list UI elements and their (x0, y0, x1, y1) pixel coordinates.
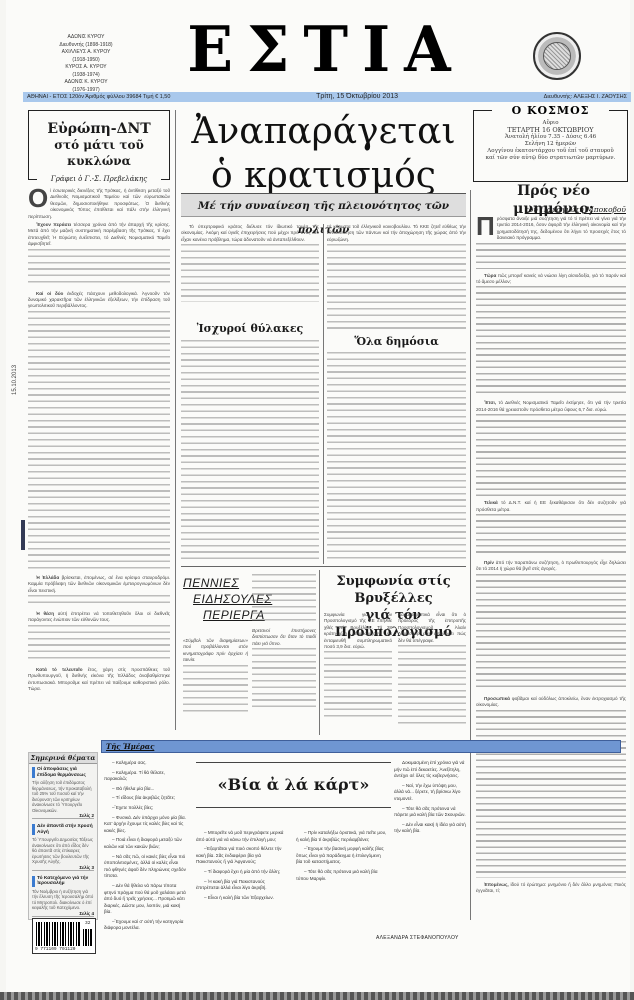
para-text: τό Διεθνές Νομισματικό Ταμεῖο ἐκτίμησε, … (476, 400, 626, 411)
founder-name: ΑΔΩΝΙΣ ΚΥΡΟΥ (46, 34, 126, 42)
founder-years: Διευθυντής (1898-1918) (46, 42, 126, 50)
dialogue-line: – Τί εἴδους βία ἀκριβῶς ζητᾶτε; (104, 795, 186, 802)
saint-day: Λογγίνου ἑκατοντάρχου τοῦ ἐπί τοῦ σταυρο… (474, 148, 627, 155)
intro-text: ἱ ἐσωτερικές διενέξεις τῆς Τρόϊκας, ἡ ἀν… (28, 188, 170, 219)
founders-list: ΑΔΩΝΙΣ ΚΥΡΟΥ Διευθυντής (1898-1918) ΑΧΙΛ… (46, 34, 126, 94)
para-lead: Ἡ Ἑλλάδα (36, 575, 59, 580)
lead-col1-body (181, 340, 319, 562)
left-article-title-2: στό μάτι τοῦ κυκλώνα (29, 137, 169, 169)
dialogue-line: – Ἡ κακή βία γιά Πακιστανούς ἐπιτρέπεται… (196, 879, 288, 892)
dateline-bar: ΑΘΗΝΑΙ - ΕΤΟΣ 120όν Άριθμός φύλλου 39684… (23, 92, 631, 102)
para-text: τό Δ.Ν.Τ. καί ἡ ΕΕ ξεκαθάρισαν ὅτι δέν σ… (476, 500, 626, 511)
lead-headline-line1: Ἀναπαράγεται (181, 110, 466, 154)
left-article-body: Ἔχουν περάσει τέσσερα χρόνια ἀπό τήν ἀπα… (28, 222, 170, 693)
topic-body: Τό Ὑπουργεῖο Δημοσίας Τάξεως ἀνακοίνωσε … (32, 837, 94, 865)
issue-date: Τρίτη, 15 Όκτωβρίου 2013 (316, 92, 398, 102)
dialogue-line: – Πρίν καταλήξω ὁριστικά, γιά πεῖτε μου,… (296, 830, 388, 843)
curious-word: ΕΙΔΗΣΟΥΛΕΣ (193, 591, 248, 607)
topic-title: Τό Κατεχόμενο γιά τήν Ἰερουσαλήμ (32, 876, 94, 887)
dialogue-line: –Ἔχετε πολλές βίες; (104, 805, 186, 812)
lead-col2-body (327, 352, 466, 562)
today-dialogue-col4: Δοκιμασμένη ἐπί χρόνια γιά νά μήν πῶ ἐπί… (394, 760, 466, 838)
dialogue-line: –Ἔχουμε καί σ’ αὐτή τήν κατηγορία διάφορ… (104, 919, 186, 932)
para-text: πῶς μπορεῖ κανείς νά νιώσει λίγη αἰσιοδο… (476, 273, 626, 284)
today-headline: «Βία ἀ λά κάρτ» (196, 762, 391, 808)
dialogue-line: – Θά ἤθελα μία βία... (104, 786, 186, 793)
dialogue-line: –Ἔχουμε τήν βασική μορφή καλῆς βίας ὅπως… (296, 846, 388, 866)
section-divider (181, 566, 466, 567)
left-article-title-1: Εὐρώπη-ΔΝΤ (29, 121, 169, 137)
para-lead: Τώρα (484, 273, 496, 278)
brussels-col2-text: Χαρακτηριστικά εἶναι ὅτι ὁ πρόεδρος τῆς … (398, 612, 466, 644)
brussels-title-1: Συμφωνία στίς Βρυξέλλες (321, 573, 466, 607)
today-author: ΑΛΕΞΑΝΔΡΑ ΣΤΕΦΑΝΟΠΟΥΛΟΥ (376, 935, 459, 941)
intro-text: ρόσφατα ἄνοιξε μιά συζήτηση γιά τό τί πρ… (497, 216, 626, 240)
dialogue-line: – Νά σᾶς πῶ, οἱ κακές βίες εἶναι πιό ὑπο… (104, 854, 186, 880)
world-info-box: Ο ΚΟΣΜΟΣ Αὔριο ΤΕΤΑΡΤΗ 16 ΟΚΤΩΒΡΙΟΥ Ἀνατ… (473, 110, 628, 182)
topic-title: Δέν ἀπαντᾶ στήν Χρυσή Αὐγή (32, 824, 94, 835)
vertical-date: 15.10.2013 (12, 365, 18, 395)
newspaper-page: ΑΔΩΝΙΣ ΚΥΡΟΥ Διευθυντής (1898-1918) ΑΧΙΛ… (6, 0, 630, 992)
topic-page: Σελίς 3 (32, 865, 94, 871)
column-divider (319, 570, 320, 735)
para-lead: Τελικά (484, 500, 498, 505)
lead-headline: Ἀναπαράγεται ὁ κρατισμός (181, 110, 466, 198)
right-article-byline: τοῦ Παναγιώτη Μποκοβοῦ (476, 205, 626, 214)
topic-item[interactable]: Δέν ἀπαντᾶ στήν Χρυσή Αὐγή Τό Ὑπουργεῖο … (29, 821, 97, 873)
dialogue-line: – Δέν εἶναι κακή ἡ ἰδέα γιά αὐτή τήν καλ… (394, 822, 466, 835)
barcode-number: 9 771109 701120 (35, 947, 76, 952)
dialogue-line: Δοκιμασμένη ἐπί χρόνια γιά νά μήν πῶ ἐπί… (394, 760, 466, 780)
left-article-byline: Γράφει ὁ Γ.-Σ. Πρεβελάκης (37, 175, 161, 184)
dialogue-line: – Εἶναι ἡ καλή βία τῶν Ἐξαρχείων. (196, 895, 288, 902)
para-lead: Ἔχουν περάσει (36, 222, 71, 227)
column-divider (323, 224, 324, 564)
topic-body: Τήν αὔξηση τοῦ ἐπιδόματος θερμάνσεως, τή… (32, 780, 94, 813)
dialogue-line: –Ἐξαρτᾶται γιά ποιό σκοπό θέλετε τήν κακ… (196, 846, 288, 866)
topic-page: Σελίς 4 (32, 911, 94, 917)
topic-item[interactable]: Τό Κατεχόμενο γιά τήν Ἰερουσαλήμ Τόν Νοέ… (29, 873, 97, 919)
page-edge (0, 992, 634, 1000)
barcode: 9 771109 701120 32 (32, 918, 96, 954)
lead-col2-intro: τά κόμματα τοῦ ἑλληνικοῦ κοινοβουλίου. Τ… (327, 224, 466, 243)
curious-item-text: «Σύμβολ τῶν διαφημίσεων» πού προβάλλοντα… (183, 638, 248, 664)
registration-mark (21, 520, 25, 550)
dialogue-line: – Καλημέρα σας. (104, 760, 186, 767)
dialogue-line: – Τότε θά σᾶς πρότεινα μιά καλή βία τύπο… (296, 869, 388, 882)
left-article-intro: Ο ἱ ἐσωτερικές διενέξεις τῆς Τρόϊκας, ἡ … (28, 188, 170, 220)
para-lead: Ἡ θέση (36, 611, 54, 616)
tomorrow-date: ΤΕΤΑΡΤΗ 16 ΟΚΤΩΒΡΙΟΥ (474, 127, 627, 134)
newspaper-logo: ΕΣΤΙΑ (166, 19, 486, 82)
barcode-issue: 32 (85, 921, 90, 926)
brussels-col2: Χαρακτηριστικά εἶναι ὅτι ὁ πρόεδρος τῆς … (398, 612, 466, 725)
dropcap: Ο (28, 188, 48, 208)
today-dialogue-col2: – Μπορεῖτε νά μοῦ περιγράψετε μερικά ἀπό… (196, 830, 288, 904)
para-lead: Προσωπικά (484, 696, 510, 701)
today-topics-box: Σημερινά θέματα Οἱ ἀποφάσεις γιά ἐπίδομα… (28, 752, 98, 920)
dialogue-line: – Ποιά εἶναι ἡ διαφορά μεταξύ τῶν καλῶν … (104, 837, 186, 850)
section-title-all-public: Ὅλα δημόσια (327, 335, 466, 348)
dropcap: Π (476, 216, 495, 236)
para-lead: Πρίν (484, 560, 494, 565)
world-box-title: Ο ΚΟΣΜΟΣ (492, 104, 609, 117)
dialogue-line: – Δέν θά ἤθελα νά πάρω τίποτα φτηνό πράγ… (104, 883, 186, 916)
topic-body: Τόν Νοέμβριο ἡ συζήτηση γιά τήν ἔλευση τ… (32, 889, 94, 911)
para-lead: Ἐπομένως, (484, 882, 509, 887)
founder-name: ΑΧΙΛΛΕΥΣ Α. ΚΥΡΟΥ (46, 49, 126, 57)
para-lead: Ἔτσι, (484, 400, 496, 405)
founder-years: (1938-1974) (46, 72, 126, 80)
today-section-bar: Τῆς Ἡμέρας (101, 740, 621, 753)
lead-headline-line2: ὁ κρατισμός (181, 154, 466, 198)
today-section-label: Τῆς Ἡμέρας (106, 741, 154, 753)
brussels-col1-text: Συμφωνία γιά τόν Προϋπολογισμό τῆς ΕΕ ἐπ… (324, 612, 392, 650)
founder-years: (1918-1950) (46, 57, 126, 65)
curious-word: ΠΕΝΝΙΕΣ (183, 575, 248, 591)
para-text: ἀπό τήν παραπάνω συζήτηση, ὁ πρωθυπουργό… (476, 560, 626, 571)
founder-name: ΑΔΩΝΙΣ Κ. ΚΥΡΟΥ (46, 79, 126, 87)
dialogue-line: – Τί διαφορά ἔχει ἡ μία ἀπό τήν ἄλλη; (196, 869, 288, 876)
brussels-col1: Συμφωνία γιά τόν Προϋπολογισμό τῆς ΕΕ ἐπ… (324, 612, 392, 717)
issue-info: ΑΘΗΝΑΙ - ΕΤΟΣ 120όν Άριθμός φύλλου 39684… (27, 92, 170, 102)
para-lead: Καί οἱ δύο (36, 291, 63, 296)
right-article-body: Π ρόσφατα ἄνοιξε μιά συζήτηση γιά τό τί … (476, 216, 626, 895)
curious-item-1: «Σύμβολ τῶν διαφημίσεων» πού προβάλλοντα… (183, 638, 248, 715)
curious-item-text: Βρετανοί ἐπιστήμονες διαπίστωσαν ὅτι ὅτα… (252, 628, 316, 647)
lead-subheadline: Μέ τήν συναίνεση τῆς πλειονότητος τῶν πο… (181, 193, 466, 217)
lead-col1: Τό ὑπερτροφικό κράτος διέλυσε τόν ἰδιωτι… (181, 224, 319, 302)
today-dialogue-col3: – Πρίν καταλήξω ὁριστικά, γιά πεῖτε μου,… (296, 830, 388, 885)
column-divider (175, 110, 176, 730)
left-article-title-box: Εὐρώπη-ΔΝΤ στό μάτι τοῦ κυκλώνα Γράφει ὁ… (28, 110, 170, 180)
today-topics-header: Σημερινά θέματα (29, 753, 97, 764)
saint-day: καί τῶν σύν αὐτῷ δύο στρατιωτῶν μαρτύρων… (474, 155, 627, 162)
seal-emblem-icon (533, 32, 581, 80)
topic-page: Σελίς 2 (32, 813, 94, 819)
dialogue-line: – Καλημέρα. Τί θά θέλατε, παρακαλῶ; (104, 770, 186, 783)
lead-col2: τά κόμματα τοῦ ἑλληνικοῦ κοινοβουλίου. Τ… (327, 224, 466, 332)
topic-title: Οἱ ἀποφάσεις γιά ἐπίδομα θερμάνσεως (32, 767, 94, 778)
sun-times: Ἀνατολή ἡλίου 7.35 - Δύσις 6.46 (474, 134, 627, 141)
curious-item-2: Βρετανοί ἐπιστήμονες διαπίστωσαν ὅτι ὅτα… (252, 574, 316, 708)
dialogue-line: – Μπορεῖτε νά μοῦ περιγράψετε μερικά ἀπό… (196, 830, 288, 843)
dialogue-line: – Φυσικά. Δέν ὑπάρχει μόνο μία βία. Κατ’… (104, 815, 186, 835)
moon-phase: Σελήνη 12 ἡμερῶν (474, 141, 627, 148)
editor-credit: Διευθυντής: ΑΛΕΞΗΣ Ι. ΖΑΟΥΣΗΣ (544, 92, 627, 102)
dialogue-line: – Τότε θά σᾶς πρότεινα νά πάρετε μιά καλ… (394, 806, 466, 819)
section-title-fortresses: Ἰσχυροί θύλακες (181, 322, 319, 335)
dialogue-line: – Ναί, τήν ἔχω ὑπόψη μου, ἀλλά νά... ξέρ… (394, 783, 466, 803)
curious-word: ΠΕΡΙΕΡΓΑ (203, 607, 248, 623)
today-dialogue-col1: – Καλημέρα σας. – Καλημέρα. Τί θά θέλατε… (104, 760, 186, 935)
column-divider (470, 190, 471, 920)
topic-item[interactable]: Οἱ ἀποφάσεις γιά ἐπίδομα θερμάνσεως Τήν … (29, 764, 97, 821)
founder-name: ΚΥΡΟΣ Α. ΚΥΡΟΥ (46, 64, 126, 72)
curious-news-box: ΠΕΝΝΙΕΣ ΕΙΔΗΣΟΥΛΕΣ ΠΕΡΙΕΡΓΑ (183, 575, 248, 623)
para-lead: Κατά τό τελευταῖο (36, 667, 83, 672)
lead-col1-intro: Τό ὑπερτροφικό κράτος διέλυσε τόν ἰδιωτι… (181, 224, 319, 243)
